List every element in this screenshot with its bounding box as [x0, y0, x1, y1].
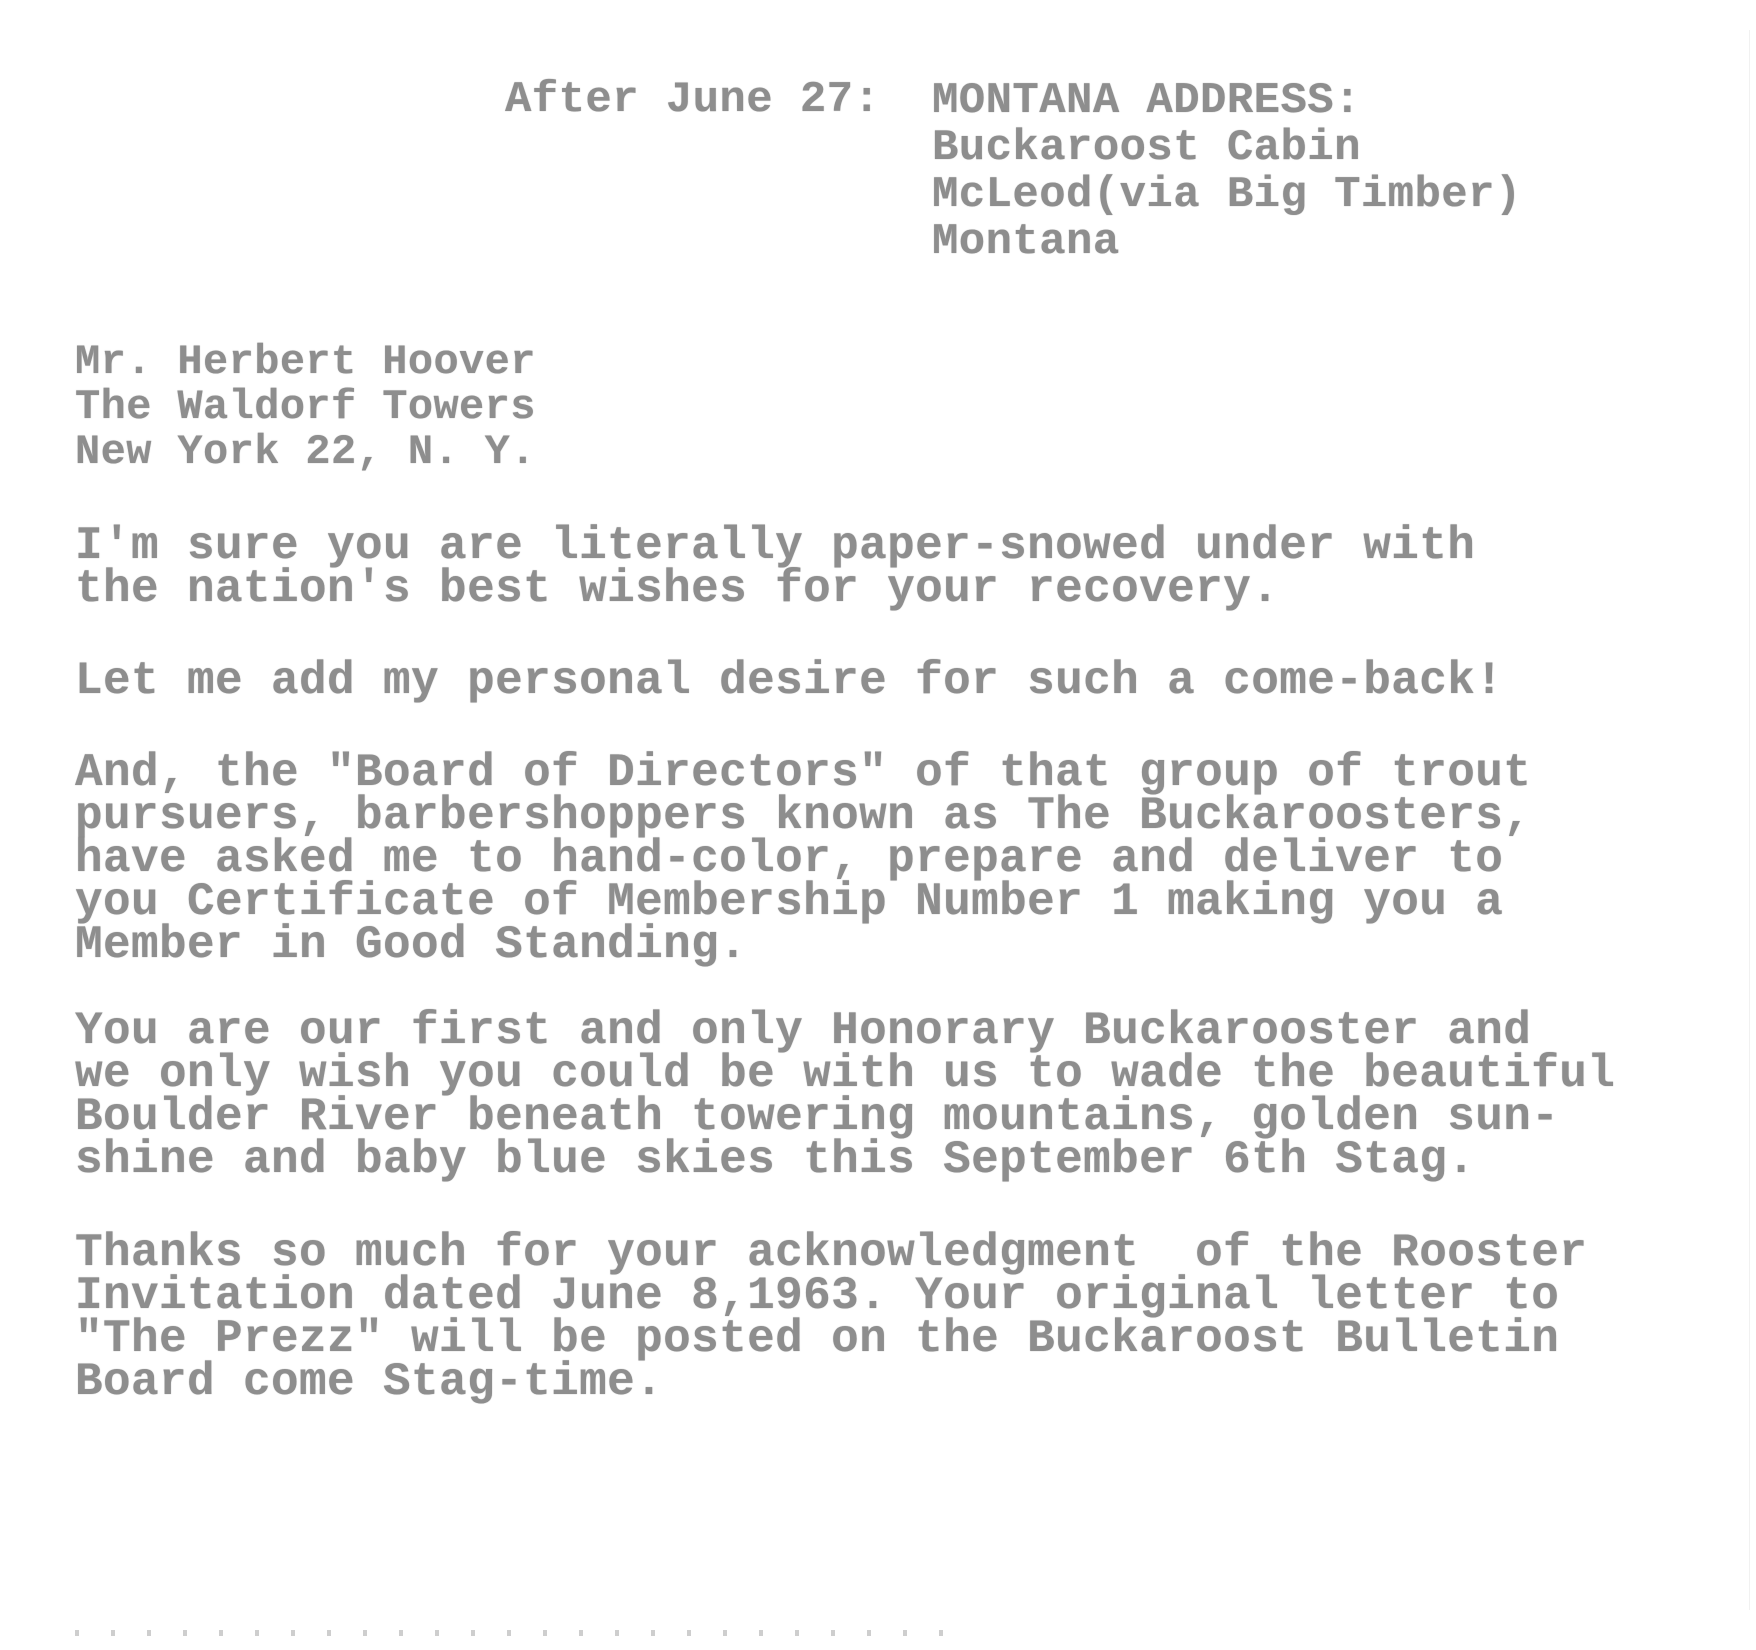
paragraph-line: Board come Stag-time. — [75, 1361, 1587, 1404]
montana-address-block: MONTANA ADDRESS: Buckaroost Cabin McLeod… — [932, 78, 1522, 266]
paragraph-certificate: And, the "Board of Directors" of that gr… — [75, 752, 1531, 967]
paragraph-line: I'm sure you are literally paper-snowed … — [75, 525, 1475, 568]
paragraph-line: you Certificate of Membership Number 1 m… — [75, 881, 1531, 924]
paragraph-line: we only wish you could be with us to wad… — [75, 1053, 1615, 1096]
paragraph-line: Invitation dated June 8,1963. Your origi… — [75, 1275, 1587, 1318]
paragraph-line: the nation's best wishes for your recove… — [75, 568, 1475, 611]
recipient-line: New York 22, N. Y. — [75, 430, 536, 475]
paragraph-line: Member in Good Standing. — [75, 924, 1531, 967]
paragraph-line: Boulder River beneath towering mountains… — [75, 1096, 1615, 1139]
paragraph-line: Let me add my personal desire for such a… — [75, 660, 1503, 703]
paragraph-line: pursuers, barbershoppers known as The Bu… — [75, 795, 1531, 838]
paragraph-line: "The Prezz" will be posted on the Buckar… — [75, 1318, 1587, 1361]
paragraph-line: shine and baby blue skies this September… — [75, 1139, 1615, 1182]
page-edge-shadow — [1749, 30, 1750, 1610]
cut-off-text-line — [75, 1630, 975, 1636]
paragraph-line: Thanks so much for your acknowledgment o… — [75, 1232, 1587, 1275]
recipient-line: Mr. Herbert Hoover — [75, 340, 536, 385]
paragraph-line: You are our first and only Honorary Buck… — [75, 1010, 1615, 1053]
recipient-address-block: Mr. Herbert Hoover The Waldorf Towers Ne… — [75, 340, 536, 475]
paragraph-thanks: Thanks so much for your acknowledgment o… — [75, 1232, 1587, 1404]
paragraph-honorary: You are our first and only Honorary Buck… — [75, 1010, 1615, 1182]
montana-address-line: MONTANA ADDRESS: — [932, 78, 1522, 125]
paragraph-line: have asked me to hand-color, prepare and… — [75, 838, 1531, 881]
montana-address-line: McLeod(via Big Timber) — [932, 172, 1522, 219]
recipient-line: The Waldorf Towers — [75, 385, 536, 430]
montana-address-line: Buckaroost Cabin — [932, 125, 1522, 172]
paragraph-get-well: I'm sure you are literally paper-snowed … — [75, 525, 1475, 611]
paragraph-line: And, the "Board of Directors" of that gr… — [75, 752, 1531, 795]
paragraph-come-back: Let me add my personal desire for such a… — [75, 660, 1503, 703]
montana-address-line: Montana — [932, 219, 1522, 266]
after-date-label: After June 27: — [505, 78, 880, 122]
letter-page: After June 27: MONTANA ADDRESS: Buckaroo… — [0, 0, 1756, 1650]
